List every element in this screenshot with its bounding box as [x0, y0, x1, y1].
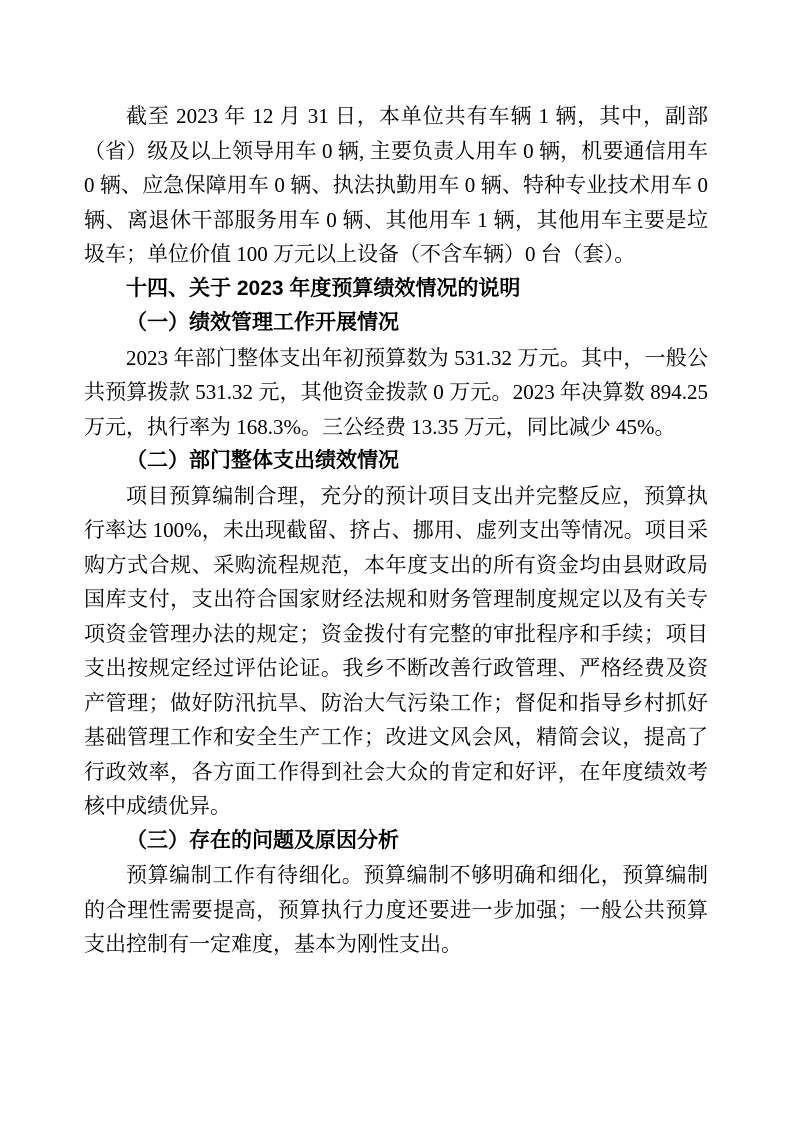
- para-vehicle-summary: 截至 2023 年 12 月 31 日，本单位共有车辆 1 辆，其中，副部（省）…: [84, 99, 708, 272]
- heading-sub-1-performance-management: （一）绩效管理工作开展情况: [84, 306, 708, 341]
- heading-sub-3-problems-and-causes: （三）存在的问题及原因分析: [84, 824, 708, 859]
- document-page: 截至 2023 年 12 月 31 日，本单位共有车辆 1 辆，其中，副部（省）…: [0, 0, 793, 1122]
- para-problems-and-causes-detail: 预算编制工作有待细化。预算编制不够明确和细化，预算编制的合理性需要提高，预算执行…: [84, 858, 708, 962]
- heading-sub-2-overall-expenditure-performance: （二）部门整体支出绩效情况: [84, 444, 708, 479]
- para-overall-expenditure-performance-detail: 项目预算编制合理，充分的预计项目支出并完整反应，预算执行率达 100%，未出现截…: [84, 479, 708, 824]
- para-performance-management-detail: 2023 年部门整体支出年初预算数为 531.32 万元。其中，一般公共预算拨款…: [84, 341, 708, 445]
- heading-section-14-budget-performance: 十四、关于 2023 年度预算绩效情况的说明: [84, 272, 708, 307]
